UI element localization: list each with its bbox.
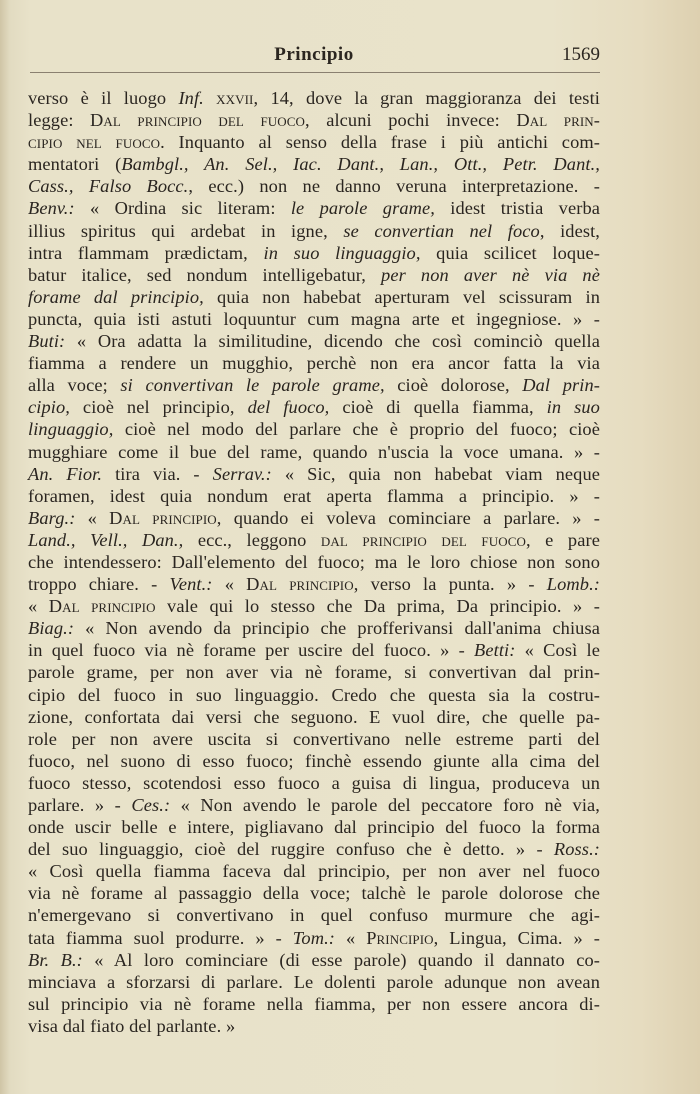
italic-text: Bambgl., An. Sel., Iac. Dant., Lan., Ott… <box>121 154 600 174</box>
text-line: che intendessero: Dall'elemento del fuoc… <box>28 551 600 573</box>
text-run: fiamma a rendere un mugghio, perchè non … <box>28 353 600 373</box>
text-run: legge: <box>28 110 90 130</box>
text-run: fuoco stesso, scotendosi esso fuoco a gu… <box>28 773 600 793</box>
text-line: linguaggio, cioè nel modo del parlare ch… <box>28 418 600 440</box>
small-caps-text: dal principio del fuoco <box>321 530 526 550</box>
text-run: , alcuni pochi invece: <box>305 110 516 130</box>
italic-text: Dal prin- <box>522 375 600 395</box>
italic-text: Biag.: <box>28 618 74 638</box>
text-line: Cass., Falso Bocc., ecc.) non ne danno v… <box>28 175 600 197</box>
text-line: Barg.: « Dal principio, quando ei voleva… <box>28 507 600 529</box>
text-run: « Ordina sic literam: <box>75 198 291 218</box>
text-run: batur italice, sed nondum intelligebatur… <box>28 265 381 285</box>
italic-text: se convertian nel foco <box>343 221 540 241</box>
text-run: « <box>335 928 366 948</box>
text-line: via nè forame al passaggio della voce; t… <box>28 882 600 904</box>
running-header: Principio 1569 <box>28 0 600 75</box>
text-run: « Al loro cominciare (di esse parole) qu… <box>83 950 600 970</box>
italic-text: Barg.: <box>28 508 75 528</box>
text-run: zione, confortata dai versi che seguono.… <box>28 707 600 727</box>
text-line: sul principio via nè forame nella fiamma… <box>28 993 600 1015</box>
italic-text: per non aver nè via nè <box>381 265 600 285</box>
text-line: fiamma a rendere un mugghio, perchè non … <box>28 352 600 374</box>
text-run: sul principio via nè forame nella fiamma… <box>28 994 600 1014</box>
small-caps-text: Principio <box>366 928 433 948</box>
text-run: cioè di quella fiamma, <box>329 397 546 417</box>
text-run: fuoco, nel suono di esso fuoco; finchè e… <box>28 751 600 771</box>
text-run: onde uscir belle e intere, pigliavano da… <box>28 817 600 837</box>
italic-text: del fuoco, <box>248 397 330 417</box>
body-text: verso è il luogo Inf. xxvii, 14, dove la… <box>28 87 600 1037</box>
text-line: zione, confortata dai versi che seguono.… <box>28 706 600 728</box>
italic-text: Benv.: <box>28 198 75 218</box>
text-run: , ecc.) non ne danno veruna interpretazi… <box>188 176 600 196</box>
small-caps-text: Dal prin- <box>516 110 600 130</box>
text-run: tira via. - <box>102 464 213 484</box>
text-line: illius spiritus qui ardebat in igne, se … <box>28 220 600 242</box>
text-line: minciava a sforzarsi di parlare. Le dole… <box>28 971 600 993</box>
text-run: , Lingua, Cima. » - <box>434 928 600 948</box>
text-line: fuoco stesso, scotendosi esso fuoco a gu… <box>28 772 600 794</box>
text-line: « Così quella fiamma faceva dal principi… <box>28 860 600 882</box>
text-run: verso è il luogo <box>28 88 178 108</box>
italic-text: forame dal principio, <box>28 287 204 307</box>
text-line: mugghiare come il bue del rame, quando n… <box>28 441 600 463</box>
text-line: « Dal principio vale qui lo stesso che D… <box>28 595 600 617</box>
text-line: cipio del fuoco in suo linguaggio. Credo… <box>28 684 600 706</box>
text-line: mentatori (Bambgl., An. Sel., Iac. Dant.… <box>28 153 600 175</box>
text-run: alla voce; <box>28 375 120 395</box>
text-run: « Così le <box>515 640 600 660</box>
text-line: foramen, idest quia nondum erat aperta f… <box>28 485 600 507</box>
text-line: alla voce; si convertivan le parole gram… <box>28 374 600 396</box>
text-run: puncta, quia isti astuti loquuntur cum m… <box>28 309 600 329</box>
text-run <box>204 88 216 108</box>
text-run: « <box>28 596 49 616</box>
text-line: Buti: « Ora adatta la similitudine, dice… <box>28 330 600 352</box>
text-line: n'emergevano si convertivano in quel con… <box>28 904 600 926</box>
text-line: batur italice, sed nondum intelligebatur… <box>28 264 600 286</box>
text-run: del suo linguaggio, cioè del ruggire con… <box>28 839 554 859</box>
page-title: Principio <box>28 44 600 66</box>
italic-text: linguaggio, <box>28 419 113 439</box>
text-run: mugghiare come il bue del rame, quando n… <box>28 442 600 462</box>
text-run: « <box>75 508 109 528</box>
text-run: via nè forame al passaggio della voce; t… <box>28 883 600 903</box>
text-run: parole grame, per non aver via nè forame… <box>28 662 600 682</box>
italic-text: Betti: <box>474 640 515 660</box>
small-caps-text: Dal principio <box>109 508 217 528</box>
text-run: , quando ei voleva cominciare a parlare.… <box>217 508 600 528</box>
text-line: parlare. » - Ces.: « Non avendo le parol… <box>28 794 600 816</box>
small-caps-text: Dal principio <box>246 574 354 594</box>
text-run: « Così quella fiamma faceva dal principi… <box>28 861 600 881</box>
italic-text: Lomb.: <box>547 574 600 594</box>
italic-text: in suo linguaggio, <box>264 243 421 263</box>
italic-text: Tom.: <box>293 928 335 948</box>
text-run: idest tristia verba <box>435 198 600 218</box>
text-line: parole grame, per non aver via nè forame… <box>28 661 600 683</box>
text-run: « Non avendo le parole del peccatore for… <box>170 795 600 815</box>
text-run: tata fiamma suol produrre. » - <box>28 928 293 948</box>
text-line: Benv.: « Ordina sic literam: le parole g… <box>28 197 600 219</box>
text-line: troppo chiare. - Vent.: « Dal principio,… <box>28 573 600 595</box>
italic-text: le parole grame, <box>291 198 435 218</box>
text-run: visa dal fiato del parlante. » <box>28 1016 235 1036</box>
text-run: . Inquanto al senso della frase i più an… <box>160 132 600 152</box>
text-run: troppo chiare. - <box>28 574 170 594</box>
header-rule <box>30 72 600 73</box>
text-line: onde uscir belle e intere, pigliavano da… <box>28 816 600 838</box>
text-run: che intendessero: Dall'elemento del fuoc… <box>28 552 600 572</box>
italic-text: Ross.: <box>554 839 600 859</box>
text-run: foramen, idest quia nondum erat aperta f… <box>28 486 600 506</box>
text-run: cioè nel modo del parlare che è proprio … <box>113 419 600 439</box>
text-run: mentatori ( <box>28 154 121 174</box>
text-line: Land., Vell., Dan., ecc., leggono dal pr… <box>28 529 600 551</box>
text-line: role per non avere uscita si convertivan… <box>28 728 600 750</box>
text-run: vale qui lo stesso che Da prima, Da prin… <box>156 596 600 616</box>
text-run: n'emergevano si convertivano in quel con… <box>28 905 600 925</box>
text-run: , idest, <box>540 221 600 241</box>
italic-text: An. Fior. <box>28 464 102 484</box>
italic-text: cipio, <box>28 397 70 417</box>
text-line: puncta, quia isti astuti loquuntur cum m… <box>28 308 600 330</box>
italic-text: Ces.: <box>131 795 170 815</box>
italic-text: Buti: <box>28 331 65 351</box>
text-run: « Non avendo da principio che profferiva… <box>74 618 600 638</box>
text-run: « Ora adatta la similitudine, dicendo ch… <box>65 331 600 351</box>
italic-text: Inf. <box>178 88 203 108</box>
text-line: legge: Dal principio del fuoco, alcuni p… <box>28 109 600 131</box>
text-run: in quel fuoco via nè forame per uscire d… <box>28 640 474 660</box>
text-run: « <box>213 574 247 594</box>
text-run: illius spiritus qui ardebat in igne, <box>28 221 343 241</box>
text-run: ecc., leggono <box>183 530 321 550</box>
text-run: quia scilicet loque- <box>421 243 600 263</box>
text-run: , verso la punta. » - <box>354 574 547 594</box>
italic-text: in suo <box>547 397 600 417</box>
text-run: minciava a sforzarsi di parlare. Le dole… <box>28 972 600 992</box>
book-page: Principio 1569 verso è il luogo Inf. xxv… <box>28 0 600 1037</box>
text-run: « Sic, quia non habebat viam neque <box>272 464 600 484</box>
text-line: del suo linguaggio, cioè del ruggire con… <box>28 838 600 860</box>
text-line: An. Fior. tira via. - Serrav.: « Sic, qu… <box>28 463 600 485</box>
text-line: verso è il luogo Inf. xxvii, 14, dove la… <box>28 87 600 109</box>
text-line: Br. B.: « Al loro cominciare (di esse pa… <box>28 949 600 971</box>
text-run: cioè dolorose, <box>385 375 523 395</box>
text-line: fuoco, nel suono di esso fuoco; finchè e… <box>28 750 600 772</box>
text-run: role per non avere uscita si convertivan… <box>28 729 600 749</box>
italic-text: Vent.: <box>170 574 213 594</box>
text-run: , 14, dove la gran maggioranza dei testi <box>253 88 600 108</box>
italic-text: Cass., Falso Bocc. <box>28 176 188 196</box>
page-number: 1569 <box>562 44 600 66</box>
text-line: cipio nel fuoco. Inquanto al senso della… <box>28 131 600 153</box>
text-run: cioè nel principio, <box>70 397 248 417</box>
text-line: cipio, cioè nel principio, del fuoco, ci… <box>28 396 600 418</box>
small-caps-text: Dal principio <box>49 596 156 616</box>
italic-text: Br. B.: <box>28 950 83 970</box>
italic-text: Land., Vell., Dan., <box>28 530 183 550</box>
text-run: quia non habebat aperturam vel scissuram… <box>204 287 600 307</box>
small-caps-text: cipio nel fuoco <box>28 132 160 152</box>
small-caps-text: Dal principio del fuoco <box>90 110 305 130</box>
text-line: Biag.: « Non avendo da principio che pro… <box>28 617 600 639</box>
italic-text: Serrav.: <box>213 464 272 484</box>
text-run: cipio del fuoco in suo linguaggio. Credo… <box>28 685 600 705</box>
text-line: forame dal principio, quia non habebat a… <box>28 286 600 308</box>
text-line: in quel fuoco via nè forame per uscire d… <box>28 639 600 661</box>
text-run: , e pare <box>526 530 600 550</box>
small-caps-text: xxvii <box>216 88 253 108</box>
text-run: parlare. » - <box>28 795 131 815</box>
text-run: intra flammam prædictam, <box>28 243 264 263</box>
text-line: tata fiamma suol produrre. » - Tom.: « P… <box>28 927 600 949</box>
italic-text: si convertivan le parole grame, <box>120 375 384 395</box>
text-line: visa dal fiato del parlante. » <box>28 1015 600 1037</box>
text-line: intra flammam prædictam, in suo linguagg… <box>28 242 600 264</box>
